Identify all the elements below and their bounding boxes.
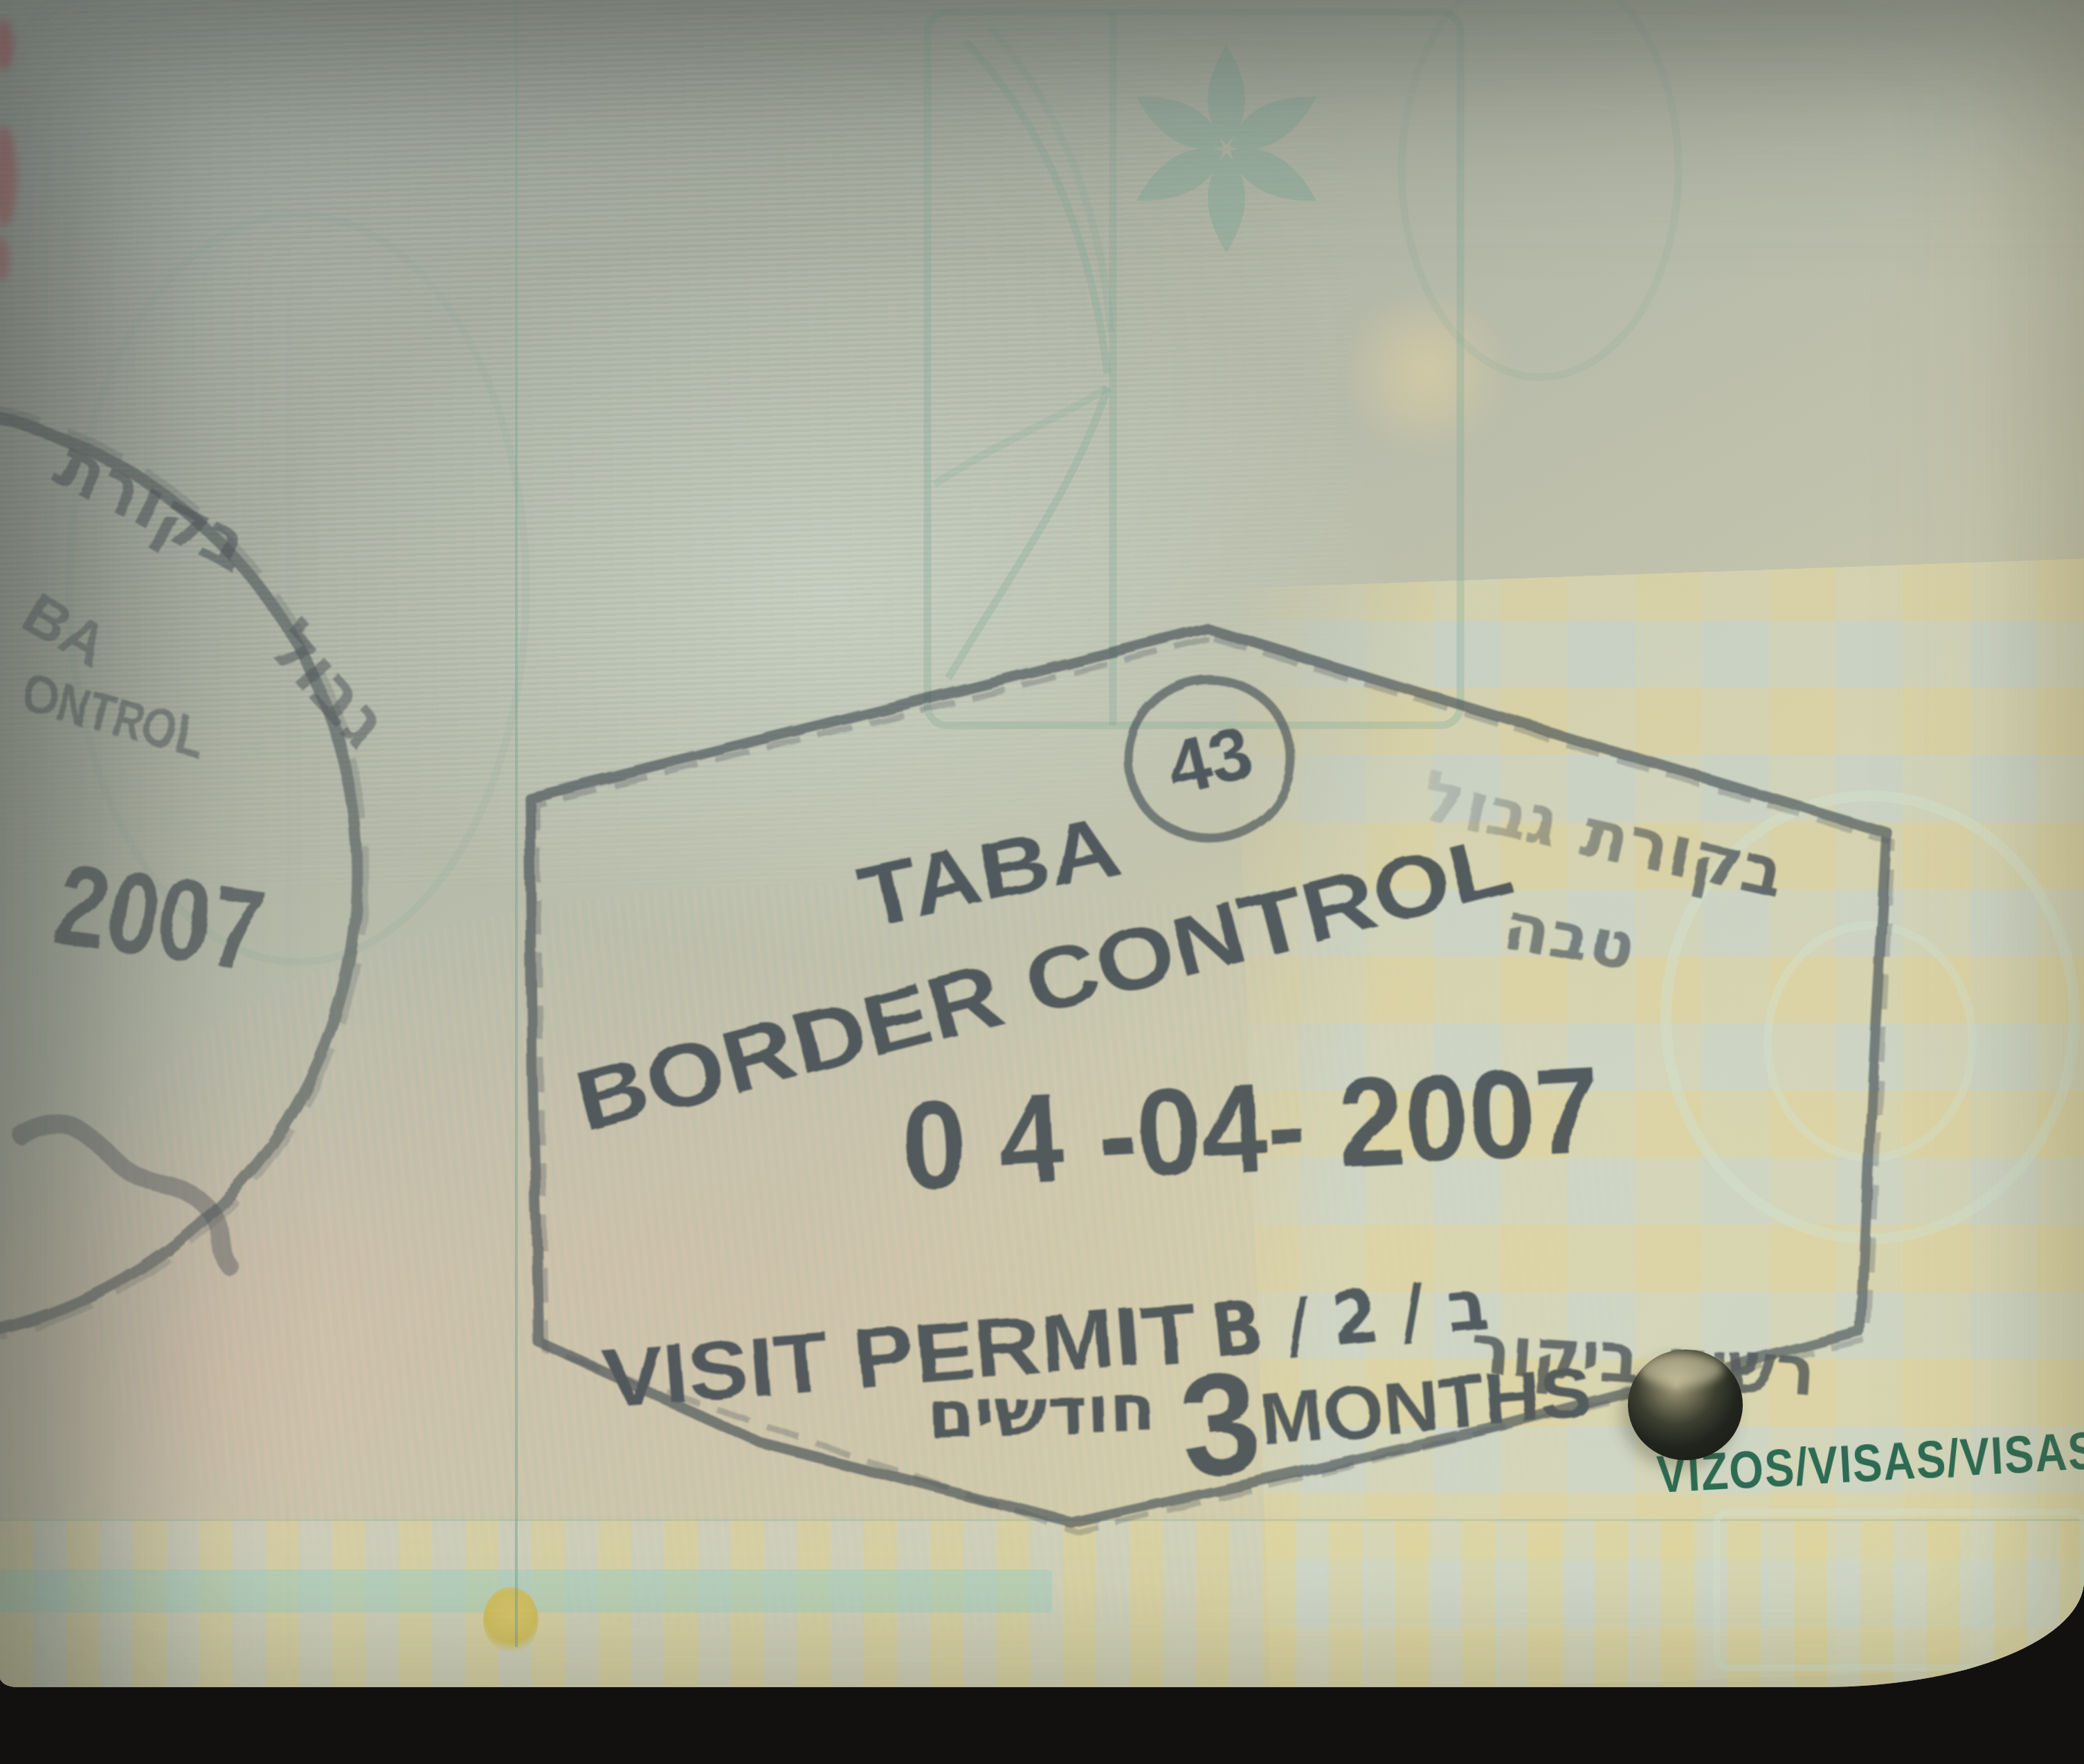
round-stamp-hebrew-word2: גבול <box>251 604 404 761</box>
hex-stamp-months-en: MONTHS <box>1257 1351 1595 1461</box>
passport-photo: בקורת גבול BA ONTROL 2007 TABA BORDER CO… <box>0 0 2084 1764</box>
round-stamp-english-fragment2: ONTROL <box>18 662 211 769</box>
round-stamp-hebrew-squiggle <box>21 1123 230 1266</box>
round-stamp: בקורת גבול BA ONTROL 2007 <box>0 397 404 1350</box>
hex-stamp-date: 0 4 -04- 2007 <box>898 1041 1603 1217</box>
hex-stamp-booth-number: 43 <box>1159 709 1260 810</box>
hex-stamp-months-value: 3 <box>1174 1341 1267 1506</box>
hole-punch <box>1628 1349 1743 1460</box>
ink-stamps: בקורת גבול BA ONTROL 2007 TABA BORDER CO… <box>0 0 2084 1687</box>
round-stamp-year: 2007 <box>47 838 271 996</box>
hex-stamp-months-he: חודשים <box>926 1370 1157 1453</box>
round-stamp-english-fragment1: BA <box>12 579 120 680</box>
hex-stamp-hebrew-place: טבה <box>1498 886 1641 985</box>
passport-page: בקורת גבול BA ONTROL 2007 TABA BORDER CO… <box>0 0 2084 1687</box>
round-stamp-hebrew-word1: בקורת <box>43 422 263 588</box>
